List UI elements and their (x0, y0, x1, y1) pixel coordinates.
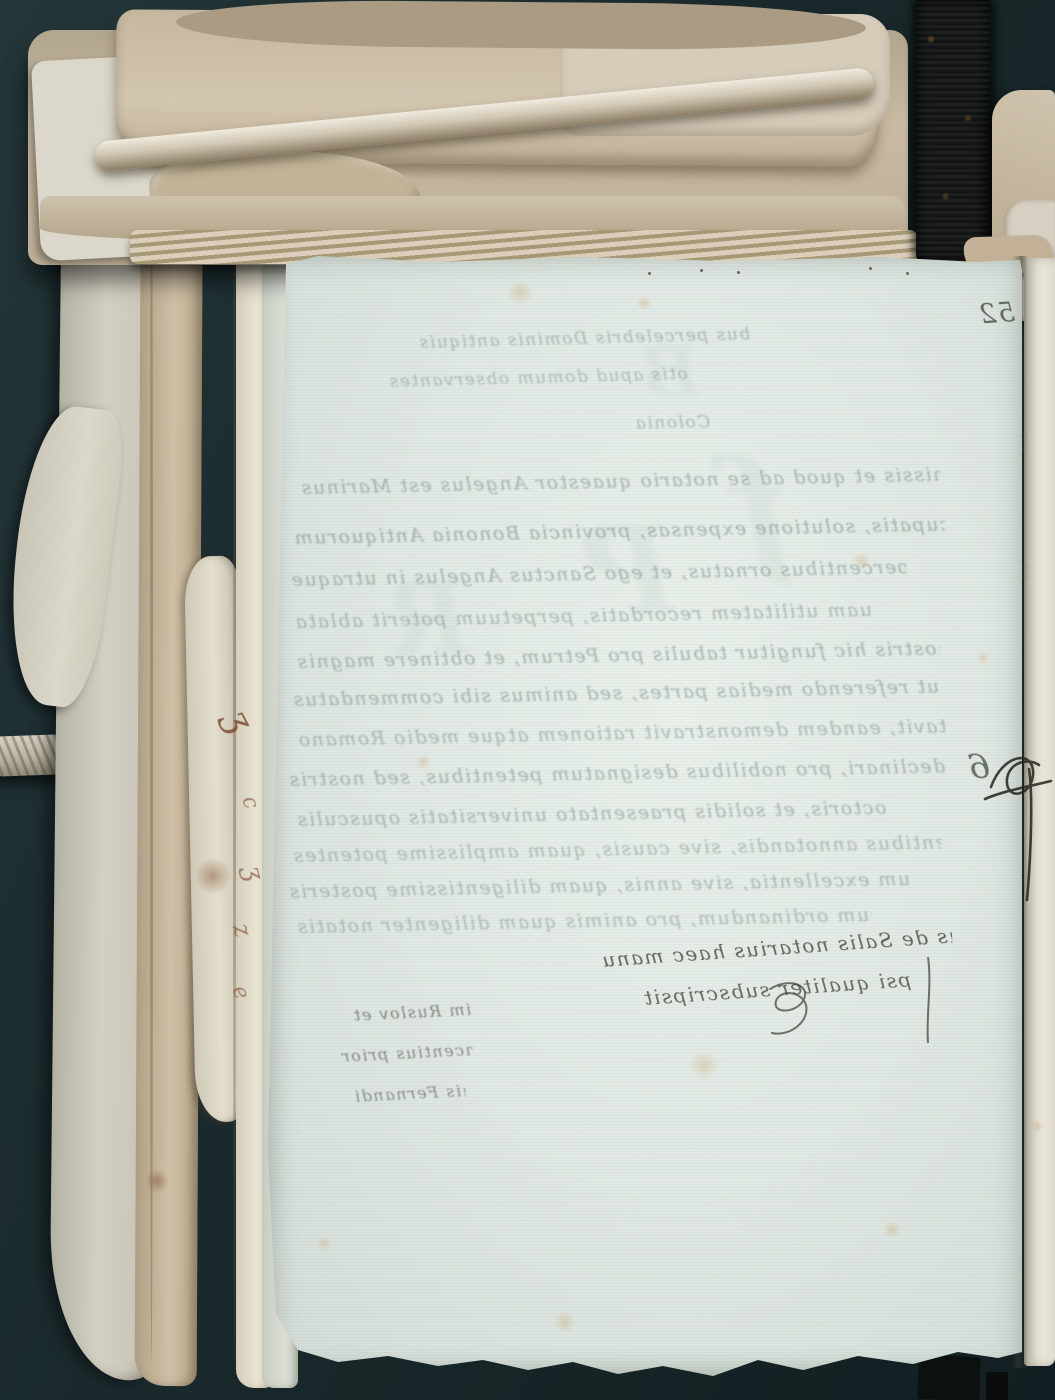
ink-line-ghost: f (700, 430, 790, 594)
folio-mark: 52 (972, 297, 1016, 331)
ink-line-ghost: P (545, 500, 675, 641)
ink-line-header: Reverendissimis illustribus percelebris … (418, 324, 750, 353)
notary-paraph-flourish (983, 735, 1055, 910)
ink-line-body: memorandum excellentia, sive annis, quam… (288, 868, 910, 903)
ink-line-body: praesentibus annotandis, sive causis, qu… (292, 831, 942, 867)
signature-paraph (760, 975, 816, 1041)
bleedthrough-text-layer: Reverendissimis illustribus percelebris … (0, 0, 1055, 1400)
ink-line-body: Amplitudinis doctoris, et solidis praese… (296, 797, 886, 831)
ink-line-signature: Perusinis Fernandi (353, 1081, 466, 1106)
ink-line-body: Barbaro notavit, eandem demonstravit rat… (297, 715, 945, 751)
ink-line-strip-trace: es (1017, 560, 1034, 581)
ink-line-body: non valens declinari, pro nobilibus desi… (288, 755, 948, 791)
ink-line-signature: Vincentius prior (340, 1040, 473, 1066)
ink-line-ghost: B (620, 330, 700, 413)
ink-line-body: et observatis, ut referendo medias parte… (292, 675, 948, 711)
manuscript-photo: ʒcʒze Reverendissimis illustribus percel… (0, 0, 1055, 1400)
ink-line-ghost: R (360, 560, 470, 678)
notary-descender-stroke (918, 955, 936, 1045)
ink-line-strip-trace: um (1015, 430, 1034, 454)
ink-line-notary: Ita Franciscus de Salis notarius haec ma… (600, 923, 953, 971)
ink-line-body: concessum ordinandum, pro animis quam di… (296, 904, 872, 938)
ink-line-header: Colonia (610, 412, 710, 434)
ink-line-body: Comparuit admissis et quod ad se notario… (300, 464, 940, 499)
folio-mark-text: 52 (972, 297, 1016, 331)
ink-line-signature: Joachim Ruslov et (352, 1000, 475, 1025)
